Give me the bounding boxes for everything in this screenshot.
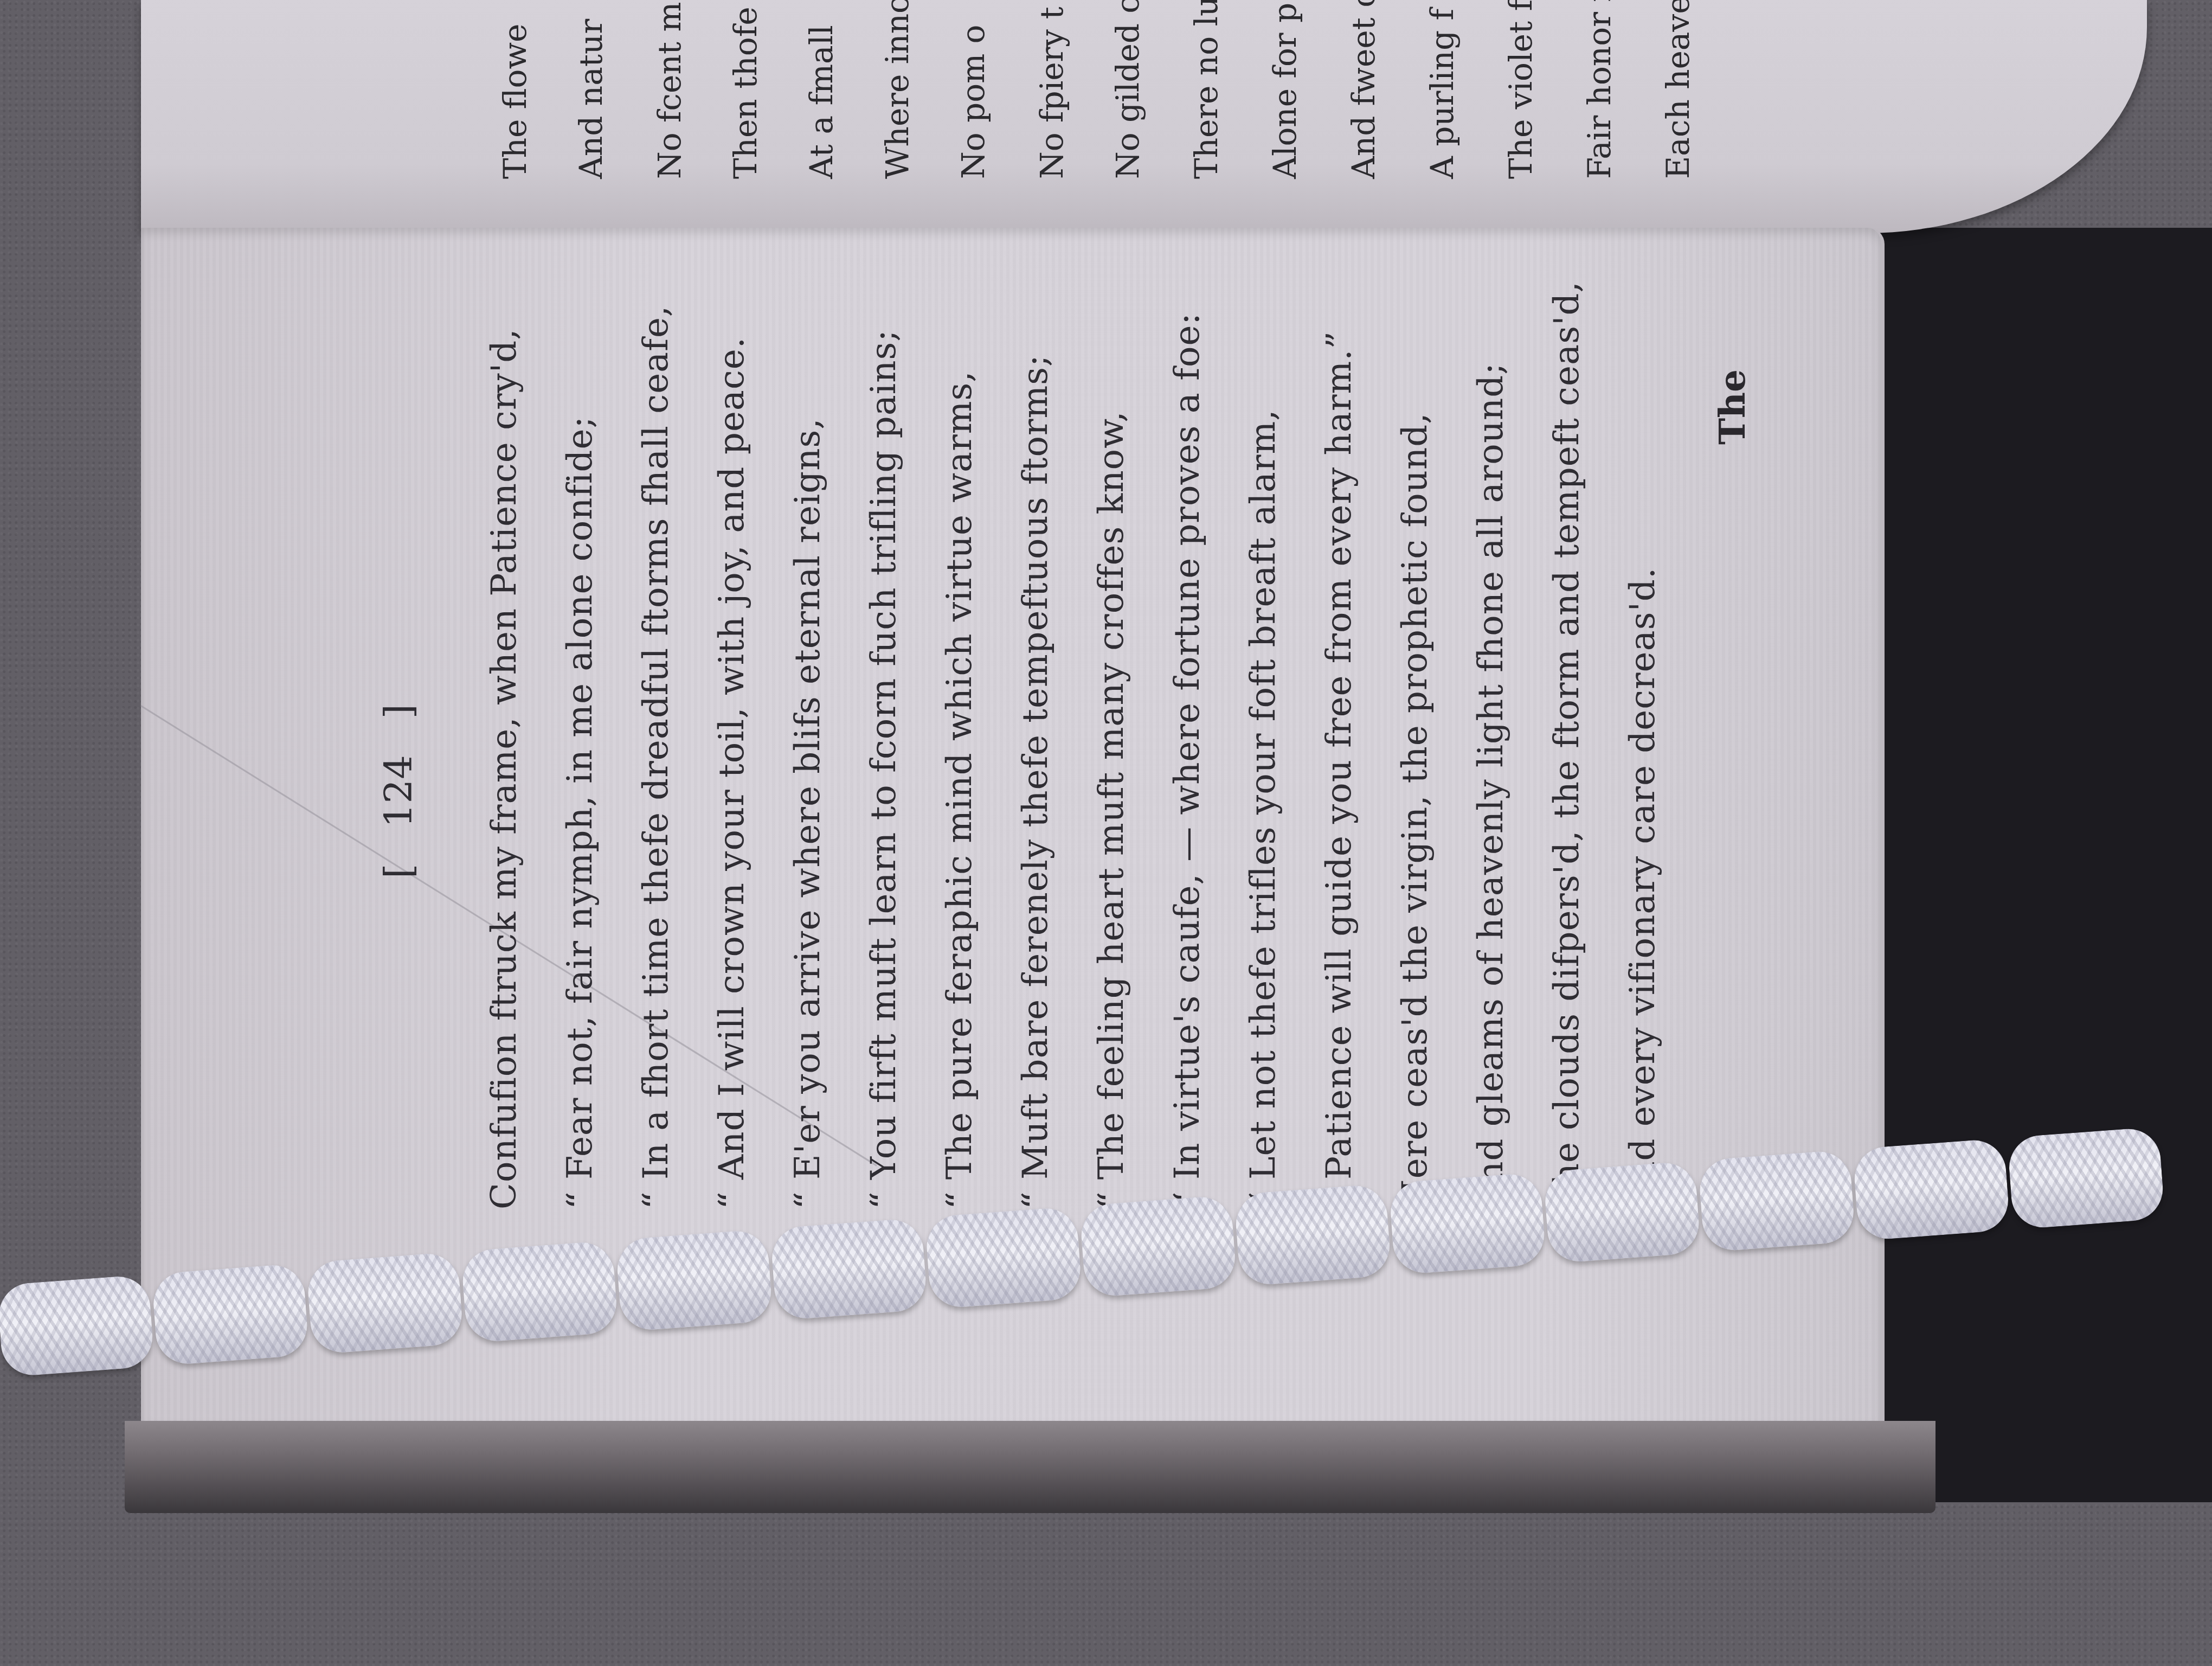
cord-segment [151, 1263, 310, 1366]
shadow-region [1876, 228, 2212, 1502]
poem-line: “ Muft bare ferenely thefe tempeftuous f… [1008, 179, 1063, 1209]
page-number: [ 124 ] [374, 651, 423, 879]
cord-segment [1853, 1138, 2011, 1241]
opposite-page: The flowe And natur No fcent m Then thof… [141, 0, 2147, 233]
cord-segment [615, 1229, 774, 1332]
poem-line: “ You firft muft learn to fcorn fuch tri… [857, 179, 911, 1209]
cord-segment [1234, 1183, 1392, 1286]
poem-line: And gleams of heavenly light fhone all a… [1464, 179, 1518, 1209]
cord-segment [306, 1252, 464, 1355]
poem-line: “ Fear not, fair nymph, in me alone conf… [553, 179, 607, 1209]
poem-line: “ In a fhort time thefe dreadful ftorms … [629, 179, 683, 1209]
poem-line: “ Let not thefe trifles your foft breaft… [1236, 179, 1290, 1209]
cord-segment [1388, 1172, 1547, 1275]
cord-segment [770, 1218, 928, 1321]
poem-line: “ Patience will guide you free from ever… [1312, 179, 1366, 1209]
poem-line: Here ceas'd the virgin, the prophetic fo… [1388, 179, 1442, 1209]
catchword: The [1708, 358, 1757, 445]
poem-line: The clouds difpers'd, the ftorm and temp… [1540, 179, 1594, 1209]
poem-line: Confufion ftruck my frame, when Patience… [477, 179, 531, 1209]
cord-segment [460, 1240, 619, 1343]
poem-line: “ And I will crown your toil, with joy, … [705, 179, 759, 1209]
cord-segment [0, 1274, 155, 1377]
poem-line: And every vifionary care decreas'd. [1616, 179, 1670, 1209]
poem-line: “ In virtue's caufe, — where fortune pro… [1160, 179, 1214, 1209]
poem-line: “ The pure feraphic mind which virtue wa… [933, 179, 987, 1209]
book-page-edges [125, 1421, 1935, 1513]
cord-segment [924, 1206, 1083, 1309]
poem-line: “ E'er you arrive where blifs eternal re… [781, 179, 835, 1209]
poem-line: “ The feeling heart muft many croffes kn… [1084, 179, 1139, 1209]
cord-segment [1697, 1149, 1856, 1252]
cord-segment [1079, 1195, 1237, 1298]
cord-segment [2007, 1126, 2165, 1229]
cord-segment [1543, 1161, 1701, 1264]
